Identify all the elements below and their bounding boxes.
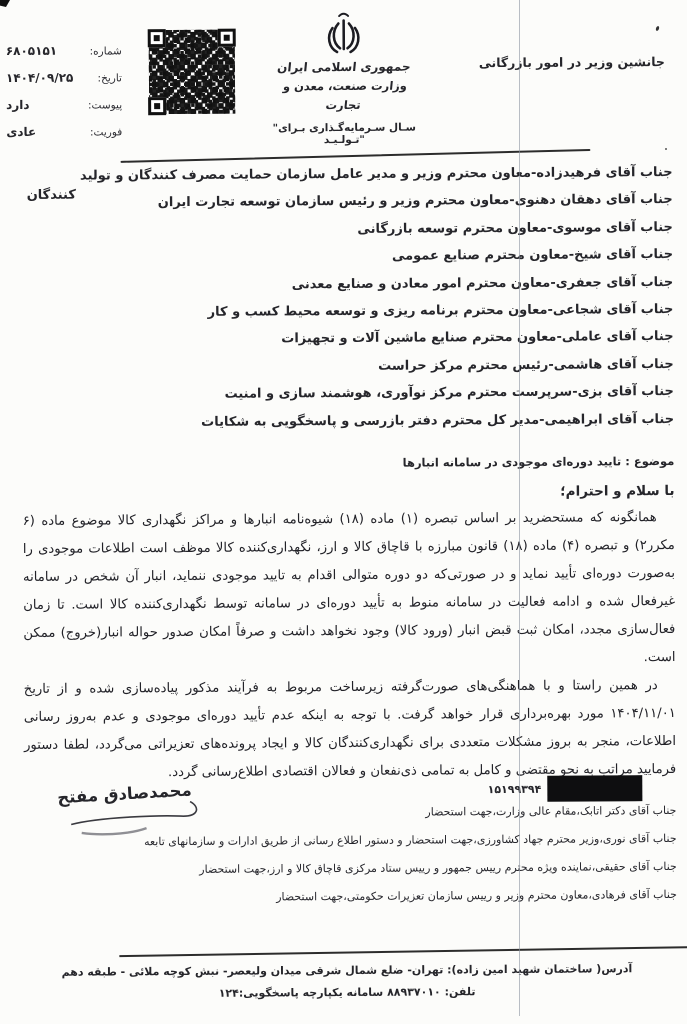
- meta-value: عادی: [6, 125, 36, 139]
- qr-finder-icon: [218, 29, 236, 47]
- meta-label: فوریت:: [90, 126, 122, 138]
- signature-block: محمدصادق مفتح: [39, 779, 212, 840]
- recipient-name-title: جناب آقای ابراهیمی-مدیر کل محترم دفتر با…: [201, 411, 674, 429]
- recipient-row: جناب آقای هاشمی-رئیس محترم مرکز حراست: [26, 357, 674, 388]
- meta-value: ۶۸۰۵۱۵۱: [6, 44, 57, 58]
- meta-row: شماره: ۶۸۰۵۱۵۱: [6, 43, 122, 71]
- recipient-name-title: جناب آقای هاشمی-رئیس محترم مرکز حراست: [378, 357, 674, 374]
- scanned-letter-page: شماره: ۶۸۰۵۱۵۱ تاریخ: ۱۴۰۴/۰۹/۲۵ پیوست: …: [0, 0, 687, 1024]
- recipient-name-title: جناب آقای شجاعی-معاون محترم برنامه ریزی …: [208, 302, 674, 320]
- footer-address: آدرس( ساختمان شهید امین زاده): تهران- ضل…: [43, 958, 650, 984]
- body-paragraph: همانگونه که مستحضرید بر اساس تبصره (۱) م…: [23, 504, 676, 676]
- recipient-name-title: جناب آقای فرهیدزاده-معاون محترم وزیر و م…: [80, 165, 673, 184]
- org-name-line2: وزارت صنعت، معدن و تجارت: [262, 76, 426, 115]
- recipient-name-title: جناب آقای موسوی-معاون محترم توسعه بازرگا…: [357, 220, 673, 237]
- body-paragraph: در همین راستا و با هماهنگی‌های صورت‌گرفت…: [24, 672, 677, 788]
- recipient-row: جناب آقای شیخ-معاون محترم صنایع عمومی: [25, 247, 673, 278]
- recipient-row: جناب آقای دهقان دهنوی-معاون محترم وزیر و…: [25, 192, 673, 223]
- letter-body: همانگونه که مستحضرید بر اساس تبصره (۱) م…: [23, 504, 677, 788]
- recipient-name-title: جناب آقای شیخ-معاون محترم صنایع عمومی: [392, 247, 673, 264]
- recipient-row: جناب آقای عاملی-معاون محترم صنایع ماشین …: [26, 329, 674, 360]
- subject-line: موضوع : تایید دوره‌ای موجودی در سامانه ا…: [403, 454, 675, 470]
- office-title: جانشین وزیر در امور بازرگانی: [479, 54, 665, 70]
- salutation: با سلام و احترام؛: [560, 483, 674, 500]
- meta-label: شماره:: [90, 45, 122, 57]
- recipient-name-title: جناب آقای بزی-سرپرست محترم مرکز نوآوری، …: [225, 384, 674, 402]
- meta-row: فوریت: عادی: [6, 124, 122, 152]
- footer-phone: تلفن: ۸۸۹۳۷۰۱۰ سامانه یکپارچه پاسخگویی:۱…: [44, 980, 651, 1006]
- recipient-list: جناب آقای فرهیدزاده-معاون محترم وزیر و م…: [25, 165, 675, 443]
- letterhead-center: جمهوری اسلامی ایران وزارت صنعت، معدن و ت…: [264, 10, 425, 147]
- recipient-row: جناب آقای موسوی-معاون محترم توسعه بازرگا…: [25, 220, 673, 251]
- meta-label: تاریخ:: [97, 72, 122, 84]
- meta-row: تاریخ: ۱۴۰۴/۰۹/۲۵: [6, 70, 122, 98]
- ref-number-row: ۱۵۱۹۹۳۹۴: [488, 775, 643, 802]
- paper-fold-line: [519, 0, 520, 1016]
- recipient-row: جناب آقای بزی-سرپرست محترم مرکز نوآوری، …: [26, 384, 674, 415]
- qr-finder-icon: [148, 97, 166, 115]
- footer-divider: [119, 946, 687, 956]
- recipient-name-title: جناب آقای دهقان دهنوی-معاون محترم وزیر و…: [158, 192, 673, 210]
- recipient-row: جناب آقای ابراهیمی-مدیر کل محترم دفتر با…: [26, 411, 674, 442]
- cc-line: جناب آقای حقیقی،نماینده ویژه محترم رییس …: [23, 860, 677, 892]
- recipient-row: جناب آقای جعفری-معاون محترم امور معادن و…: [25, 275, 673, 306]
- year-slogan: "سـال سـرمایه‌گـذاری بـرای تـولـیـد": [264, 122, 424, 147]
- ref-number: ۱۵۱۹۹۳۹۴: [488, 782, 542, 795]
- meta-label: پیوست:: [88, 99, 122, 111]
- iran-emblem-icon: [321, 10, 367, 58]
- qr-code: [149, 30, 236, 115]
- org-name-line1: جمهوری اسلامی ایران: [263, 57, 425, 77]
- meta-value: ۱۴۰۴/۰۹/۲۵: [6, 71, 73, 85]
- redaction-box: [547, 775, 642, 802]
- letter-meta-block: شماره: ۶۸۰۵۱۵۱ تاریخ: ۱۴۰۴/۰۹/۲۵ پیوست: …: [6, 43, 123, 152]
- cc-line: جناب آقای نوری،وزیر محترم جهاد کشاورزی،ج…: [23, 832, 677, 864]
- recipient-name-title: جناب آقای عاملی-معاون محترم صنایع ماشین …: [281, 329, 673, 346]
- meta-value: دارد: [6, 98, 29, 112]
- meta-row: پیوست: دارد: [6, 97, 122, 125]
- recipient-name-title: جناب آقای جعفری-معاون محترم امور معادن و…: [292, 275, 674, 292]
- cc-line: جناب آقای فرهادی،معاون محترم وزیر و رییس…: [23, 888, 677, 920]
- qr-finder-icon: [148, 29, 166, 47]
- footer: آدرس( ساختمان شهید امین زاده): تهران- ضل…: [43, 958, 650, 1006]
